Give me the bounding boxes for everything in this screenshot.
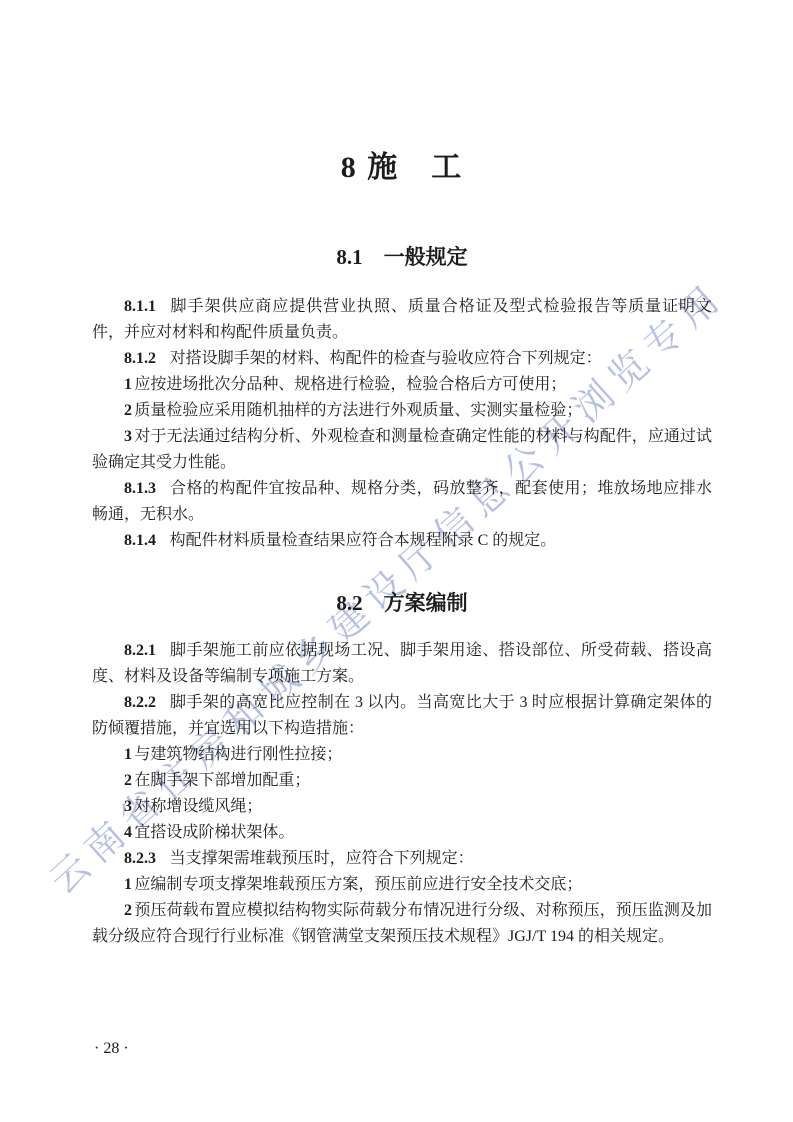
item-text: 预压荷载布置应模拟结构物实际荷载分布情况进行分级、对称预压，预压监测及加载分级应…	[92, 902, 712, 945]
item-label: 4	[124, 824, 132, 841]
item-label: 1	[124, 746, 132, 763]
clause-label: 8.2.1	[124, 642, 156, 659]
clause-label: 8.1.4	[124, 532, 156, 549]
item-label: 2	[124, 902, 132, 919]
clause-text: 合格的构配件宜按品种、规格分类，码放整齐，配套使用；堆放场地应排水畅通，无积水。	[92, 480, 712, 523]
list-item-1: 1应按进场批次分品种、规格进行检验，检验合格后方可使用；	[92, 372, 712, 398]
clause-label: 8.1.1	[124, 298, 156, 315]
list-item-2: 2预压荷载布置应模拟结构物实际荷载分布情况进行分级、对称预压，预压监测及加载分级…	[92, 898, 712, 950]
item-text: 在脚手架下部增加配重；	[134, 772, 310, 789]
section-8-2-body: 8.2.1脚手架施工前应依据现场工况、脚手架用途、搭设部位、所受荷载、搭设高度、…	[92, 638, 712, 950]
list-item-4: 4宜搭设成阶梯状架体。	[92, 820, 712, 846]
page-number: · 28 ·	[94, 1040, 129, 1058]
section-heading-8-2: 8.2 方案编制	[92, 588, 712, 618]
clause-text: 脚手架施工前应依据现场工况、脚手架用途、搭设部位、所受荷载、搭设高度、材料及设备…	[92, 642, 712, 685]
item-text: 宜搭设成阶梯状架体。	[134, 824, 294, 841]
item-text: 与建筑物结构进行刚性拉接；	[134, 746, 342, 763]
clause-8-2-3: 8.2.3当支撑架需堆载预压时，应符合下列规定：	[92, 846, 712, 872]
item-label: 3	[124, 798, 132, 815]
section-heading-8-1: 8.1 一般规定	[92, 242, 712, 272]
clause-text: 脚手架供应商应提供营业执照、质量合格证及型式检验报告等质量证明文件，并应对材料和…	[92, 298, 712, 341]
clause-8-2-1: 8.2.1脚手架施工前应依据现场工况、脚手架用途、搭设部位、所受荷载、搭设高度、…	[92, 638, 712, 690]
item-label: 1	[124, 376, 132, 393]
item-label: 3	[124, 428, 132, 445]
clause-8-1-2: 8.1.2对搭设脚手架的材料、构配件的检查与验收应符合下列规定：	[92, 346, 712, 372]
list-item-1: 1应编制专项支撑架堆载预压方案，预压前应进行安全技术交底；	[92, 872, 712, 898]
chapter-title: 8 施 工	[92, 148, 712, 188]
item-text: 对称增设缆风绳；	[134, 798, 262, 815]
list-item-1: 1与建筑物结构进行刚性拉接；	[92, 742, 712, 768]
item-text: 质量检验应采用随机抽样的方法进行外观质量、实测实量检验；	[134, 402, 582, 419]
item-label: 1	[124, 876, 132, 893]
clause-label: 8.1.3	[124, 480, 156, 497]
clause-text: 构配件材料质量检查结果应符合本规程附录 C 的规定。	[170, 532, 557, 549]
section-8-1-body: 8.1.1脚手架供应商应提供营业执照、质量合格证及型式检验报告等质量证明文件，并…	[92, 294, 712, 554]
clause-text: 当支撑架需堆载预压时，应符合下列规定：	[170, 850, 474, 867]
clause-label: 8.2.3	[124, 850, 156, 867]
list-item-2: 2在脚手架下部增加配重；	[92, 768, 712, 794]
item-text: 对于无法通过结构分析、外观检查和测量检查确定性能的材料与构配件，应通过试验确定其…	[92, 428, 712, 471]
clause-label: 8.2.2	[124, 694, 156, 711]
clause-8-1-1: 8.1.1脚手架供应商应提供营业执照、质量合格证及型式检验报告等质量证明文件，并…	[92, 294, 712, 346]
page-content: 8 施 工 8.1 一般规定 8.1.1脚手架供应商应提供营业执照、质量合格证及…	[92, 0, 712, 950]
list-item-3: 3对称增设缆风绳；	[92, 794, 712, 820]
item-label: 2	[124, 772, 132, 789]
list-item-2: 2质量检验应采用随机抽样的方法进行外观质量、实测实量检验；	[92, 398, 712, 424]
clause-8-2-2: 8.2.2脚手架的高宽比应控制在 3 以内。当高宽比大于 3 时应根据计算确定架…	[92, 690, 712, 742]
item-text: 应编制专项支撑架堆载预压方案，预压前应进行安全技术交底；	[134, 876, 582, 893]
clause-8-1-4: 8.1.4构配件材料质量检查结果应符合本规程附录 C 的规定。	[92, 528, 712, 554]
clause-8-1-3: 8.1.3合格的构配件宜按品种、规格分类，码放整齐，配套使用；堆放场地应排水畅通…	[92, 476, 712, 528]
clause-label: 8.1.2	[124, 350, 156, 367]
item-text: 应按进场批次分品种、规格进行检验，检验合格后方可使用；	[134, 376, 566, 393]
clause-text: 脚手架的高宽比应控制在 3 以内。当高宽比大于 3 时应根据计算确定架体的防倾覆…	[92, 694, 712, 737]
clause-text: 对搭设脚手架的材料、构配件的检查与验收应符合下列规定：	[170, 350, 602, 367]
document-page: 云南省住房和城乡建设厅信息公开浏览专用 8 施 工 8.1 一般规定 8.1.1…	[0, 0, 793, 1122]
item-label: 2	[124, 402, 132, 419]
list-item-3: 3对于无法通过结构分析、外观检查和测量检查确定性能的材料与构配件，应通过试验确定…	[92, 424, 712, 476]
